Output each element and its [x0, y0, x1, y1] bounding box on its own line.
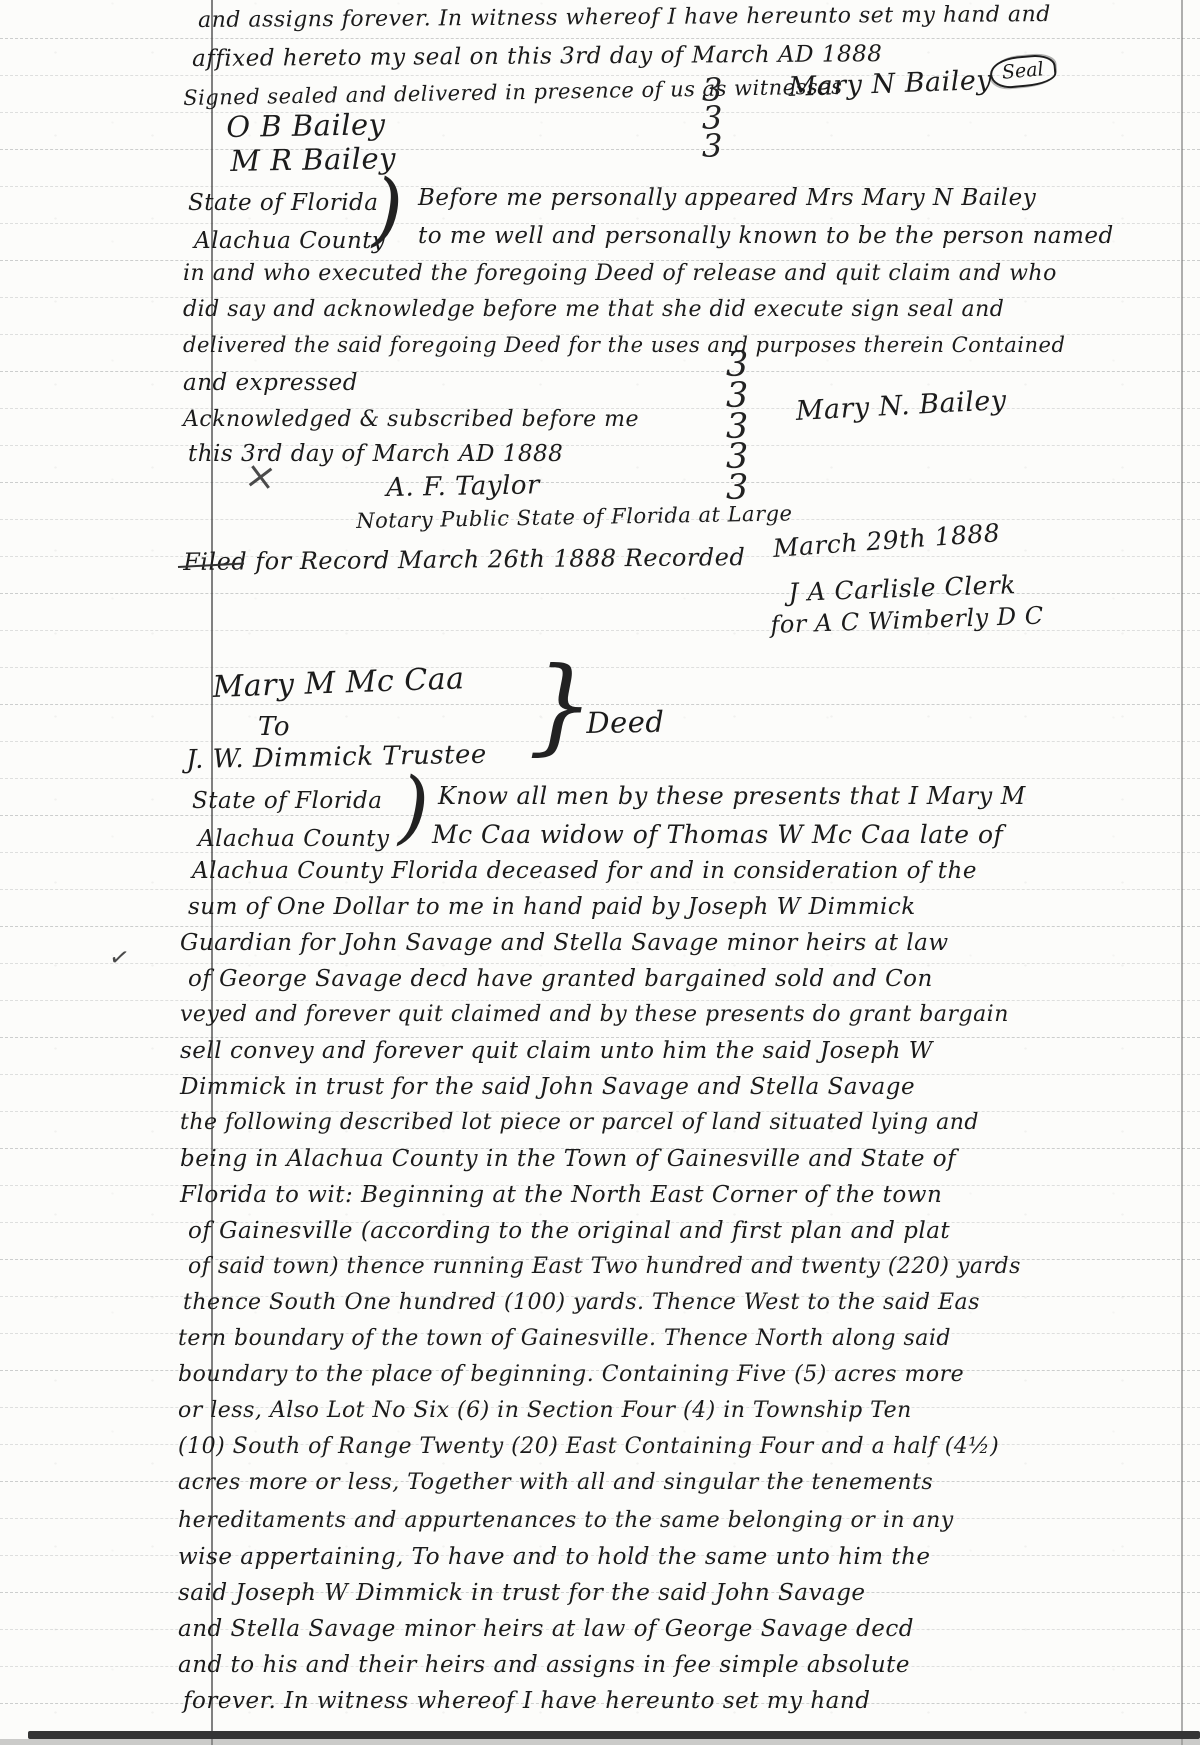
handwritten-line: Filed for Record March 26th 1888 Recorde… [183, 543, 745, 576]
handwritten-line: thence South One hundred (100) yards. Th… [183, 1290, 980, 1315]
handwritten-line: To [258, 712, 290, 742]
ruled-line [0, 149, 1200, 150]
scanned-deed-page: and assigns forever. In witness whereof … [0, 0, 1200, 1745]
ruled-line [0, 482, 1200, 483]
handwritten-line: Alachua County [198, 826, 390, 852]
ruled-line [0, 667, 1200, 668]
handwritten-line: State of Florida [188, 190, 379, 216]
handwritten-line: State of Florida [192, 788, 383, 814]
ruled-line [0, 371, 1200, 372]
handwritten-line: and expressed [183, 370, 358, 396]
signature-a-f-taylor: A. F. Taylor [386, 470, 540, 503]
signature-o-b-bailey: O B Bailey [226, 107, 386, 144]
handwritten-line: and assigns forever. In witness whereof … [198, 2, 1051, 33]
handwritten-line: hereditaments and appurtenances to the s… [178, 1508, 954, 1533]
grantor-name: Mary M Mc Caa [212, 661, 465, 705]
ruled-line [0, 852, 1200, 853]
handwritten-line: Alachua County [194, 228, 386, 254]
handwritten-line: of Gainesville (according to the origina… [188, 1218, 950, 1244]
ruled-line [0, 445, 1200, 446]
ruled-line [0, 815, 1200, 816]
handwritten-line: Florida to wit: Beginning at the North E… [180, 1182, 942, 1208]
right-margin-rule [1181, 0, 1183, 1745]
ruled-line [0, 38, 1200, 39]
check-mark: ✓ [107, 942, 132, 973]
handwritten-line: sum of One Dollar to me in hand paid by … [188, 894, 916, 920]
handwritten-line: of George Savage decd have granted barga… [188, 966, 933, 992]
handwritten-line: tern boundary of the town of Gainesville… [178, 1326, 951, 1351]
handwritten-line: Signed sealed and delivered in presence … [183, 74, 843, 110]
handwritten-line: Mc Caa widow of Thomas W Mc Caa late of [432, 820, 1003, 849]
acknowledgment-brace-squiggle: 3 3 3 3 3 [726, 350, 748, 504]
handwritten-line: in and who executed the foregoing Deed o… [183, 261, 1057, 286]
ruled-line [0, 1000, 1200, 1001]
ruled-line [0, 963, 1200, 964]
handwritten-line: Alachua County Florida deceased for and … [192, 858, 977, 884]
ruled-line [0, 889, 1200, 890]
ruled-line [0, 112, 1200, 113]
ruled-line [0, 926, 1200, 927]
handwritten-line: Know all men by these presents that I Ma… [438, 782, 1026, 810]
handwritten-line: this 3rd day of March AD 1888 [188, 441, 563, 467]
handwritten-line: being in Alachua County in the Town of G… [180, 1146, 956, 1172]
handwritten-line: and Stella Savage minor heirs at law of … [178, 1616, 914, 1642]
handwritten-line: Acknowledged & subscribed before me [183, 407, 639, 432]
handwritten-line: affixed hereto my seal on this 3rd day o… [192, 41, 882, 72]
ruled-line [0, 593, 1200, 594]
state-county-brace-1: ) [372, 174, 403, 244]
state-county-brace-2: ) [398, 772, 429, 842]
handwritten-line: (10) South of Range Twenty (20) East Con… [178, 1434, 999, 1459]
ruled-line [0, 778, 1200, 779]
handwritten-line: or less, Also Lot No Six (6) in Section … [178, 1398, 912, 1423]
scan-edge-band [28, 1731, 1200, 1739]
handwritten-line: to me well and personally known to be th… [418, 223, 1114, 249]
seal-mark: Seal [989, 53, 1057, 90]
x-mark: × [242, 452, 280, 500]
instrument-type: Deed [586, 705, 665, 740]
handwritten-line: forever. In witness whereof I have hereu… [183, 1688, 870, 1714]
handwritten-line: the following described lot piece or par… [180, 1110, 979, 1135]
handwritten-line: said Joseph W Dimmick in trust for the s… [178, 1580, 866, 1606]
handwritten-line: veyed and forever quit claimed and by th… [180, 1002, 1009, 1027]
handwritten-line: Before me personally appeared Mrs Mary N… [418, 185, 1036, 211]
signature-wimberly-dc: for A C Wimberly D C [770, 601, 1044, 639]
grantee-name: J. W. Dimmick Trustee [186, 740, 487, 775]
handwritten-line: wise appertaining, To have and to hold t… [178, 1544, 931, 1570]
handwritten-line: boundary to the place of beginning. Cont… [178, 1362, 964, 1387]
signature-mary-n-bailey-2: Mary N. Bailey [795, 385, 1007, 427]
handwritten-line: delivered the said foregoing Deed for th… [183, 333, 1065, 357]
ruled-line [0, 741, 1200, 742]
handwritten-line: Guardian for John Savage and Stella Sava… [180, 930, 949, 956]
handwritten-line: did say and acknowledge before me that s… [183, 297, 1004, 322]
witness-brace-squiggle: 3 3 3 [702, 76, 722, 160]
caption-brace: } [528, 660, 594, 752]
signature-j-a-carlisle-clerk: J A Carlisle Clerk [788, 570, 1016, 607]
handwritten-line: acres more or less, Together with all an… [178, 1470, 933, 1495]
handwritten-line: and to his and their heirs and assigns i… [178, 1652, 910, 1678]
handwritten-line: sell convey and forever quit claim unto … [180, 1038, 933, 1064]
signature-mary-n-bailey: Mary N Bailey [788, 65, 993, 103]
handwritten-line: Dimmick in trust for the said John Savag… [180, 1074, 915, 1100]
scan-edge-smudge [0, 1739, 1200, 1745]
handwritten-line: of said town) thence running East Two hu… [188, 1254, 1021, 1279]
